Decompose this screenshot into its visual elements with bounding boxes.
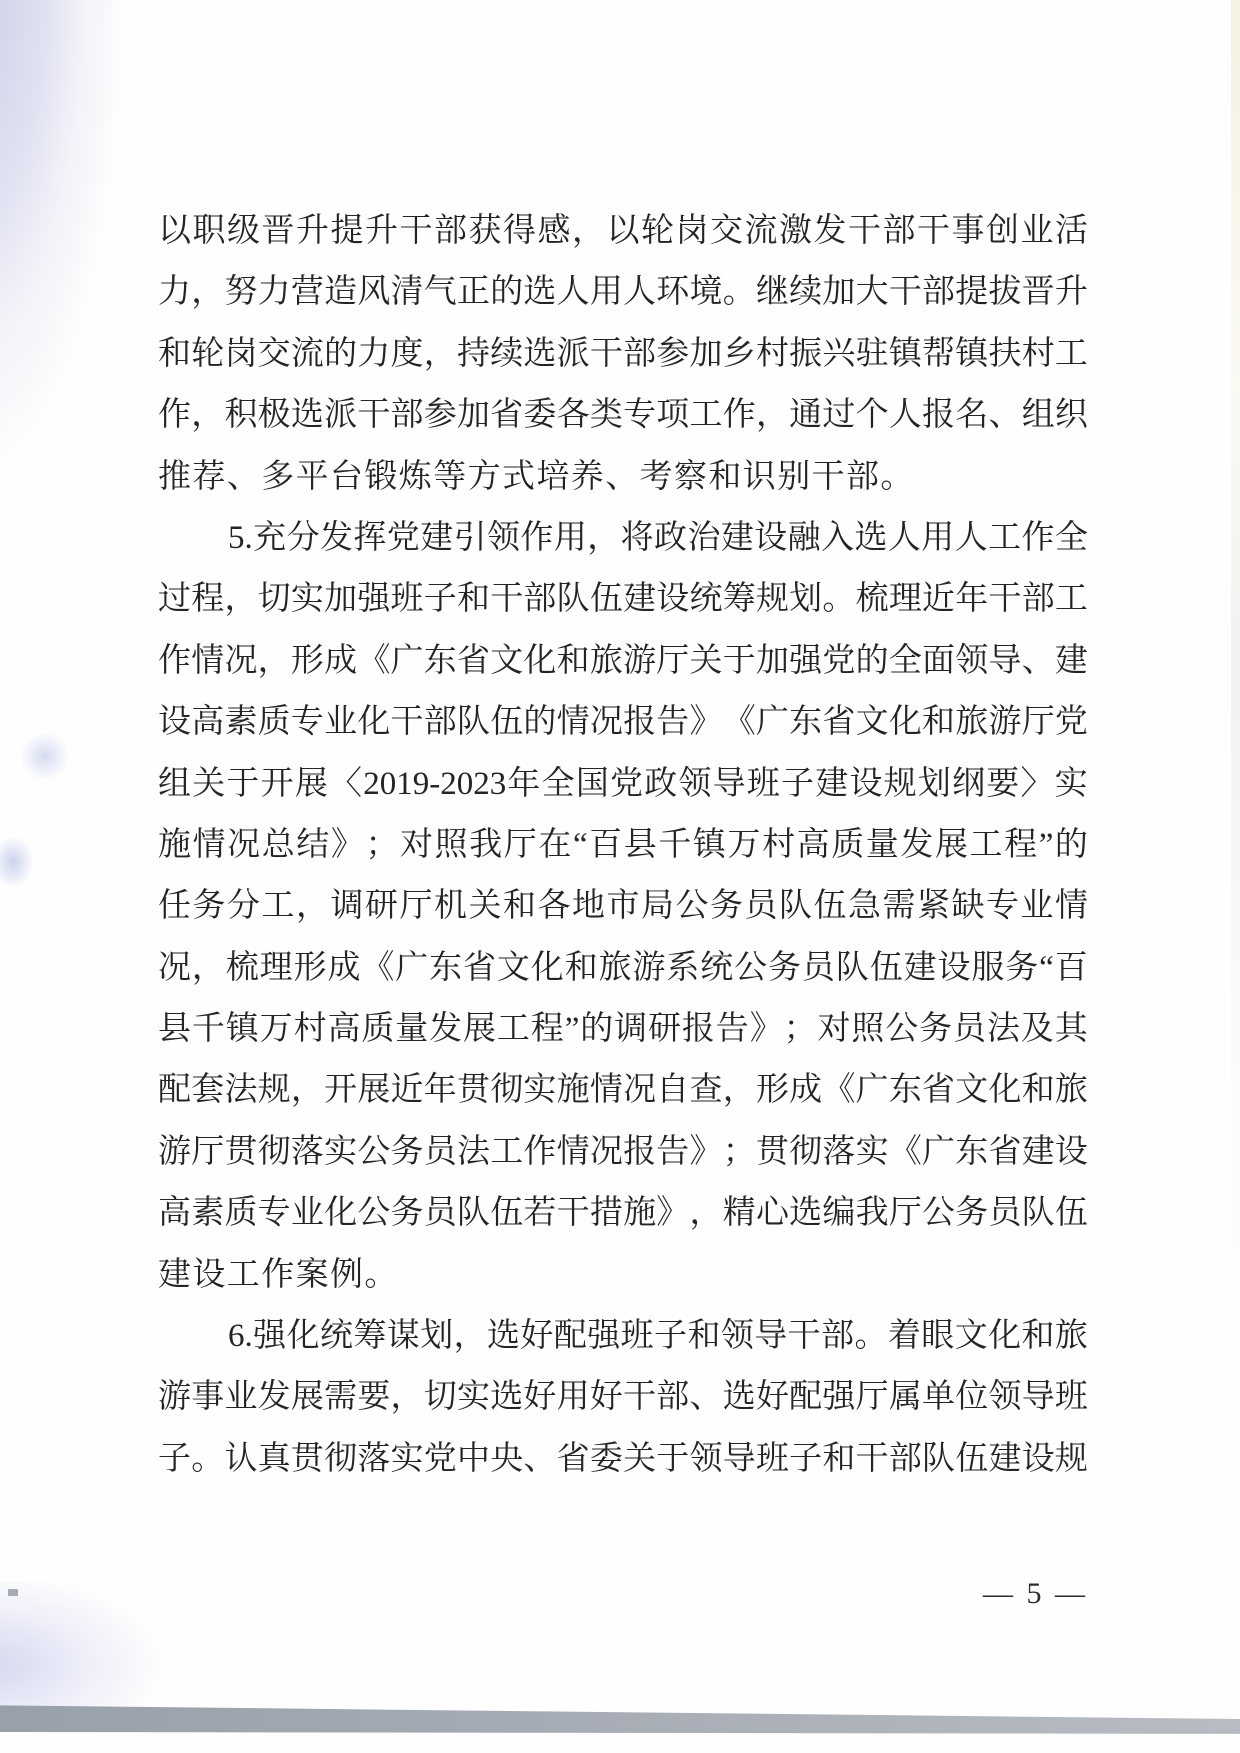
scan-artifact-bottom-left-speck: [8, 1589, 18, 1596]
scan-artifact-left-smudge-upper: [14, 732, 70, 786]
text-line: 和轮岗交流的力度，持续选派干部参加乡村振兴驻镇帮镇扶村工: [158, 324, 1088, 385]
text-line: 作，积极选派干部参加省委各类专项工作，通过个人报名、组织: [158, 385, 1088, 446]
text-line: 5.充分发挥党建引领作用，将政治建设融入选人用人工作全: [158, 508, 1088, 569]
text-line: 游厅贯彻落实公务员法工作情况报告》；贯彻落实《广东省建设: [158, 1122, 1088, 1183]
text-line: 过程，切实加强班子和干部队伍建设统筹规划。梳理近年干部工: [158, 569, 1088, 630]
text-line: 任务分工，调研厅机关和各地市局公务员队伍急需紧缺专业情: [158, 876, 1088, 937]
text-lines: 以职级晋升提升干部获得感，以轮岗交流激发干部干事创业活力，努力营造风清气正的选人…: [158, 201, 1088, 1490]
text-line: 子。认真贯彻落实党中央、省委关于领导班子和干部队伍建设规: [158, 1429, 1088, 1490]
text-line: 6.强化统筹谋划，选好配强班子和领导干部。着眼文化和旅: [158, 1306, 1088, 1367]
text-line: 高素质专业化公务员队伍若干措施》，精心选编我厅公务员队伍: [158, 1183, 1088, 1244]
text-line: 县千镇万村高质量发展工程”的调研报告》；对照公务员法及其: [158, 999, 1088, 1060]
scan-artifact-top-left-shadow: [0, 0, 160, 630]
text-line: 力，努力营造风清气正的选人用人环境。继续加大干部提拔晋升: [158, 262, 1088, 323]
text-line: 配套法规，开展近年贯彻实施情况自查，形成《广东省文化和旅: [158, 1060, 1088, 1121]
text-line: 推荐、多平台锻炼等方式培养、考察和识别干部。: [158, 447, 1088, 508]
text-line: 况，梳理形成《广东省文化和旅游系统公务员队伍建设服务“百: [158, 938, 1088, 999]
scan-artifact-left-smudge-lower: [0, 836, 52, 888]
text-line: 组关于开展〈2019-2023年全国党政领导班子建设规划纲要〉实: [158, 754, 1088, 815]
page-number: — 5 —: [983, 1577, 1088, 1611]
document-page: 以职级晋升提升干部获得感，以轮岗交流激发干部干事创业活力，努力营造风清气正的选人…: [0, 0, 1240, 1753]
text-line: 以职级晋升提升干部获得感，以轮岗交流激发干部干事创业活: [158, 201, 1088, 262]
text-line: 设高素质专业化干部队伍的情况报告》《广东省文化和旅游厅党: [158, 692, 1088, 753]
scan-artifact-right-edge: [1231, 0, 1240, 1753]
text-line: 建设工作案例。: [158, 1245, 1088, 1306]
scan-artifact-page-bottom-edge: [0, 1697, 1240, 1735]
scan-artifact-bottom-left-shadow: [0, 1582, 230, 1717]
text-line: 施情况总结》；对照我厅在“百县千镇万村高质量发展工程”的: [158, 815, 1088, 876]
text-line: 游事业发展需要，切实选好用好干部、选好配强厅属单位领导班: [158, 1367, 1088, 1428]
text-line: 作情况，形成《广东省文化和旅游厅关于加强党的全面领导、建: [158, 631, 1088, 692]
